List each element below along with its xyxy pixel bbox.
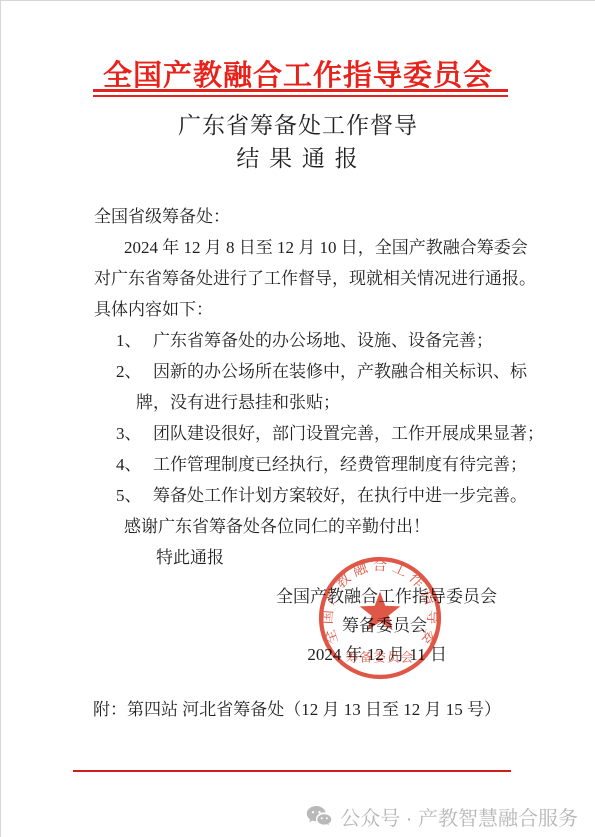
footer-rule [73, 770, 511, 772]
watermark-label: 公众号 · 产教智慧融合服务 [340, 802, 578, 831]
list-item-text: 筹备处工作计划方案较好，在执行中进一步完善。 [153, 486, 527, 505]
body-line: 2024 年 12 月 8 日至 12 月 10 日，全国产教融合筹委会 [1, 236, 595, 260]
list-item-number: 3、 [116, 422, 153, 446]
list-item-4: 4、工作管理制度已经执行，经费管理制度有待完善； [1, 453, 595, 477]
body-line: 对广东省筹备处进行了工作督导，现就相关情况进行通报。 [1, 267, 595, 291]
thanks-line: 感谢广东省筹备处各位同仁的辛勤付出！ [1, 515, 595, 539]
official-seal: 全国产教融合工作指导委员会 筹备委员会 [317, 555, 443, 681]
list-item-text: 因新的办公场所在装修中，产教融合相关标识、标 [153, 362, 527, 381]
list-item-text: 工作管理制度已经执行，经费管理制度有待完善； [153, 455, 527, 474]
list-item-text: 团队建设很好，部门设置完善，工作开展成果显著； [153, 424, 544, 443]
list-item-5: 5、筹备处工作计划方案较好，在执行中进一步完善。 [1, 484, 595, 508]
attachment-note: 附：第四站 河北省筹备处（12 月 13 日至 12 月 15 号） [93, 695, 501, 720]
list-item-2-continuation: 牌，没有进行悬挂和张贴； [1, 391, 595, 415]
list-item-3: 3、团队建设很好，部门设置完善，工作开展成果显著； [1, 422, 595, 446]
wechat-icon [306, 805, 333, 828]
seal-bottom-text: 筹备委员会 [346, 651, 415, 665]
list-item-number: 2、 [116, 360, 153, 384]
list-item-text: 广东省筹备处的办公场地、设施、设备完善； [153, 331, 493, 350]
seal-star-icon [360, 592, 401, 631]
body-line: 具体内容如下： [1, 298, 595, 322]
doc-title-line1: 广东省筹备处工作督导 [1, 107, 595, 140]
list-item-number: 1、 [116, 329, 153, 353]
committee-header-title: 全国产教融合工作指导委员会 [1, 53, 595, 94]
header-rule-thin [93, 95, 508, 97]
salutation: 全国省级筹备处： [1, 205, 595, 229]
list-item-number: 4、 [116, 453, 153, 477]
document-page: 全国产教融合工作指导委员会 广东省筹备处工作督导 结 果 通 报 全国省级筹备处… [0, 0, 595, 837]
list-item-number: 5、 [116, 484, 153, 508]
watermark: 公众号 · 产教智慧融合服务 [306, 802, 578, 831]
closing-line: 特此通报 [1, 546, 595, 570]
header-rule-thick [93, 89, 508, 92]
list-item-2: 2、因新的办公场所在装修中，产教融合相关标识、标 [1, 360, 595, 384]
list-item-1: 1、广东省筹备处的办公场地、设施、设备完善； [1, 329, 595, 353]
doc-title-line2: 结 果 通 报 [1, 140, 595, 173]
